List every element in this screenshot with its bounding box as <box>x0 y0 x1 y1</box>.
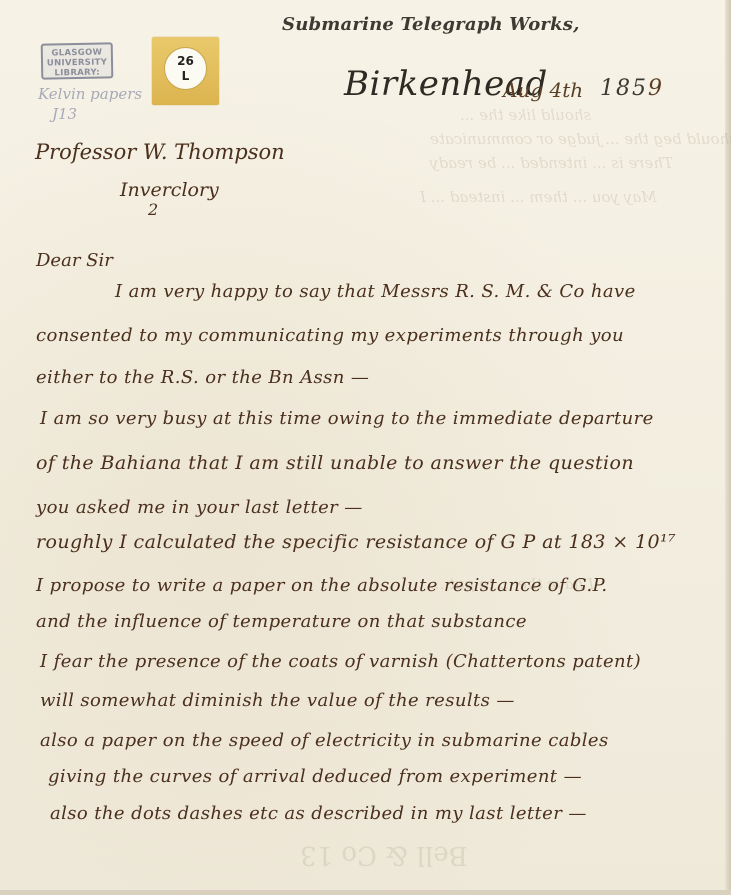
body-line: also the dots dashes etc as described in… <box>50 803 587 824</box>
body-line: I propose to write a paper on the absolu… <box>36 575 608 596</box>
show-through-line: should beg the ... judge or communicate <box>430 130 731 148</box>
letter-page: should like the ... should beg the ... j… <box>0 0 731 895</box>
catalogue-number: 26 <box>165 54 206 69</box>
library-stamp: GLASGOW UNIVERSITY LIBRARY: <box>41 42 114 79</box>
catalogue-letter: L <box>165 69 206 84</box>
addressee-place: Inverclory <box>120 179 219 201</box>
addressee-name: Professor W. Thompson <box>35 140 285 164</box>
body-line: of the Bahiana that I am still unable to… <box>36 452 634 474</box>
letter-date: Aug 4th <box>503 78 583 102</box>
letterhead-company: Submarine Telegraph Works, <box>282 14 580 35</box>
body-line: I am very happy to say that Messrs R. S.… <box>115 281 636 302</box>
collection-note-line: Kelvin papers <box>38 84 148 104</box>
body-line: and the influence of temperature on that… <box>36 611 527 632</box>
body-line: either to the R.S. or the Bn Assn — <box>36 367 369 388</box>
body-line: I fear the presence of the coats of varn… <box>40 651 641 672</box>
letter-year: 1859 <box>600 76 664 101</box>
collection-note: Kelvin papers J13 <box>38 84 148 124</box>
catalogue-tag-circle: 26 L <box>164 47 207 90</box>
show-through-bottom: Bell & Co 13 <box>300 840 468 870</box>
body-line: roughly I calculated the specific resist… <box>36 531 676 553</box>
stamp-line: LIBRARY: <box>43 67 111 78</box>
salutation: Dear Sir <box>36 250 113 271</box>
body-line: consented to my communicating my experim… <box>36 325 624 346</box>
show-through-line: There is ... intended ... be ready <box>430 154 673 172</box>
body-line: will somewhat diminish the value of the … <box>40 690 515 711</box>
page-edge-bottom <box>0 890 731 895</box>
stamp-line: UNIVERSITY <box>43 57 111 68</box>
collection-note-ref: J13 <box>38 104 148 124</box>
show-through-line: should like the ... <box>460 106 591 124</box>
body-line: you asked me in your last letter — <box>36 497 363 518</box>
body-line: I am so very busy at this time owing to … <box>40 408 654 429</box>
year-digit: 9 <box>648 76 664 101</box>
show-through-line: May you ... them ... instead ... I <box>420 188 657 206</box>
body-line: giving the curves of arrival deduced fro… <box>48 766 582 787</box>
year-prefix: 185 <box>600 76 648 101</box>
body-line: also a paper on the speed of electricity… <box>40 730 609 751</box>
catalogue-tag: 26 L <box>152 37 219 105</box>
addressee-suffix: 2 <box>148 200 158 219</box>
